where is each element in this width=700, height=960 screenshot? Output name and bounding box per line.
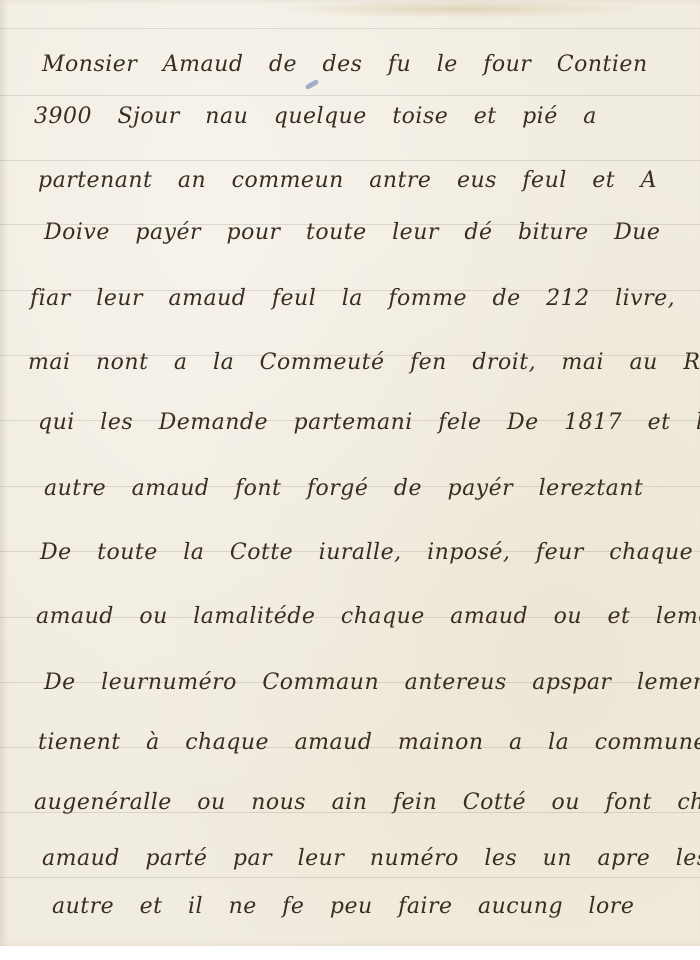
text-line-14: amaud parté par leur numéro les un apre … [0, 846, 700, 871]
text-line-6: mai nont a la Commeuté fen droit, mai au… [0, 350, 700, 375]
paper-stain [275, 0, 645, 18]
text-line-1: Monsier Amaud de des fu le four Contien [0, 52, 700, 77]
text-line-13: augenéralle ou nous ain fein Cotté ou fo… [0, 790, 700, 815]
ink-blot [305, 79, 320, 90]
manuscript-page: Monsier Amaud de des fu le four Contien … [0, 0, 700, 946]
text-line-11: De leurnuméro Commaun antereus apspar le… [0, 670, 700, 695]
text-line-12: tienent à chaque amaud mainon a la commu… [0, 730, 700, 755]
text-line-3: partenant an commeun antre eus feul et A [0, 168, 700, 193]
text-line-9: De toute la Cotte iuralle, inposé, feur … [0, 540, 700, 565]
ruled-line [0, 160, 700, 161]
text-line-10: amaud ou lamalitéde chaque amaud ou et l… [0, 604, 700, 629]
text-line-2: 3900 Sjour nau quelque toise et pié a [0, 104, 700, 129]
text-line-5: fiar leur amaud feul la fomme de 212 liv… [0, 286, 700, 311]
ruled-line [0, 877, 700, 878]
text-line-7: qui les Demande partemani fele De 1817 e… [0, 410, 700, 435]
text-line-15: autre et il ne fe peu faire aucung lore [0, 894, 700, 919]
ruled-line [0, 95, 700, 96]
text-line-8: autre amaud font forgé de payér lereztan… [0, 476, 700, 501]
text-line-4: Doive payér pour toute leur dé biture Du… [0, 220, 700, 245]
ruled-line [0, 28, 700, 29]
